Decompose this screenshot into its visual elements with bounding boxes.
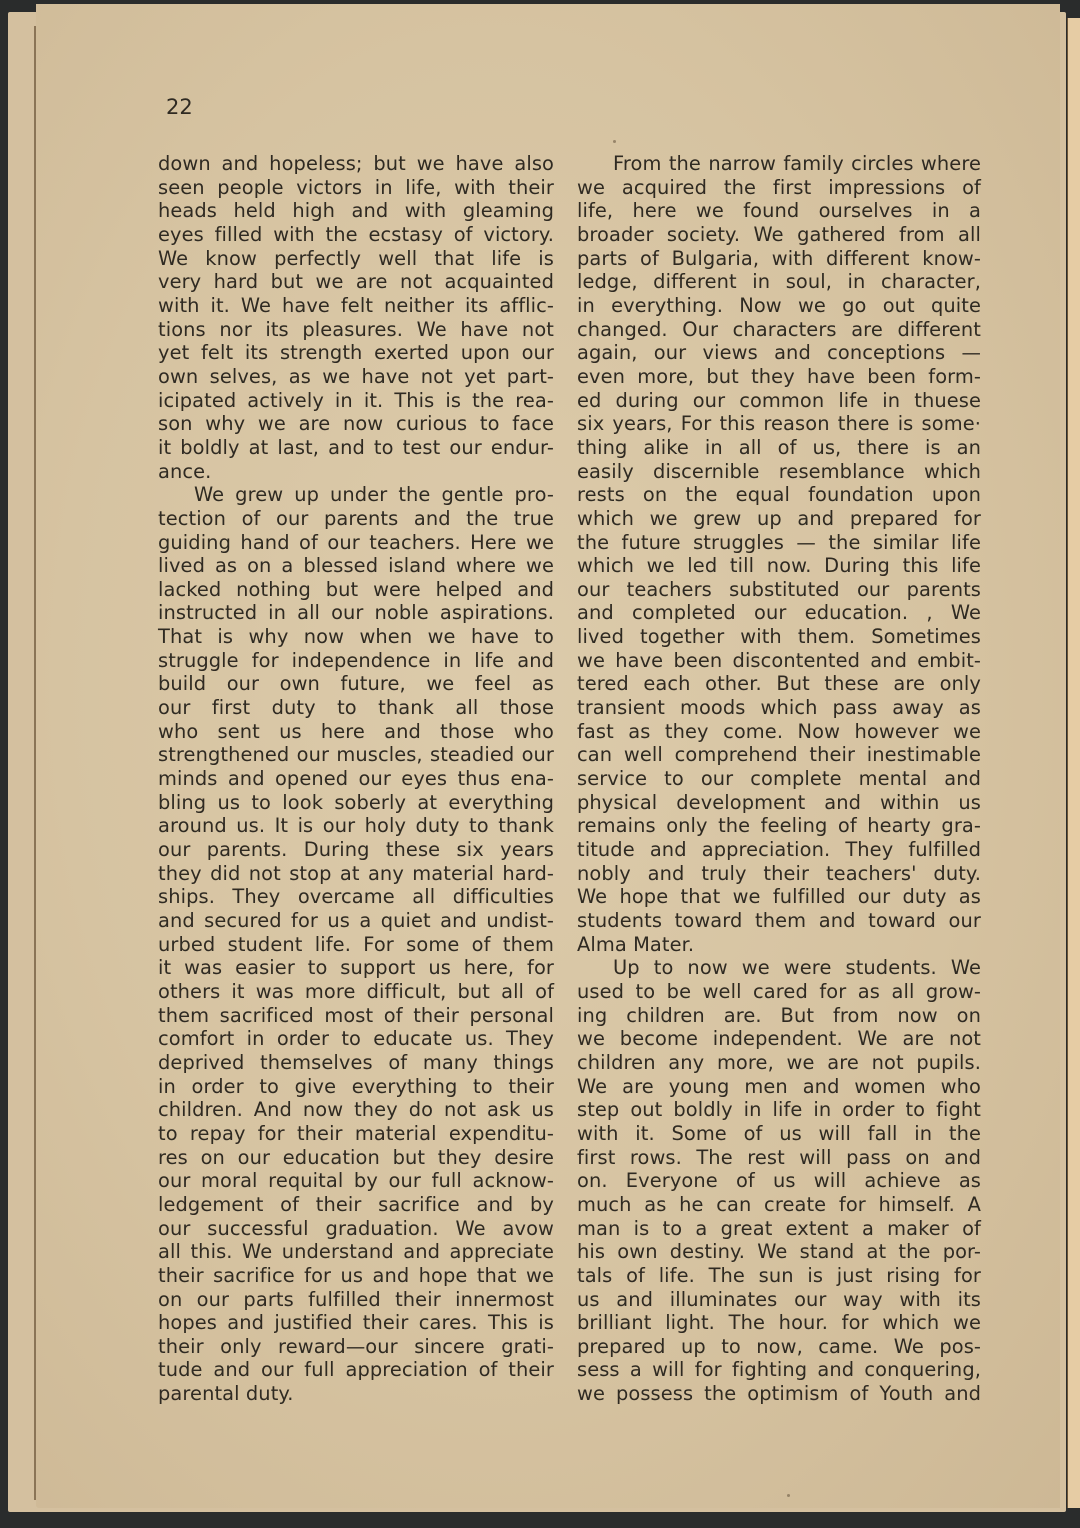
text-line: tered each other. But these are only	[577, 672, 981, 696]
text-line: tals of life. The sun is just rising for	[577, 1264, 981, 1288]
text-line: minds and opened our eyes thus ena-	[158, 767, 554, 791]
text-line: yet felt its strength exerted upon our	[158, 341, 554, 365]
text-line: service to our complete mental and	[577, 767, 981, 791]
text-line: easily discernible resemblance which	[577, 460, 981, 484]
text-line: in order to give everything to their	[158, 1075, 554, 1099]
text-line: hopes and justified their cares. This is	[158, 1311, 554, 1335]
text-line: it boldly at last, and to test our endur…	[158, 436, 554, 460]
text-line: urbed student life. For some of them	[158, 933, 554, 957]
text-line: brilliant light. The hour. for which we	[577, 1311, 981, 1335]
text-line: their only reward—our sincere grati-	[158, 1335, 554, 1359]
text-line: fast as they come. Now however we	[577, 720, 981, 744]
text-line: them sacrificed most of their personal	[158, 1004, 554, 1028]
text-line: ance.	[158, 460, 554, 484]
text-line: res on our education but they desire	[158, 1146, 554, 1170]
paper-speck	[613, 140, 616, 143]
text-line: used to be well cared for as all grow-	[577, 980, 981, 1004]
text-line: We hope that we fulfilled our duty as	[577, 885, 981, 909]
text-line: build our own future, we feel as	[158, 672, 554, 696]
text-line: From the narrow family circles where	[577, 152, 981, 176]
text-line: physical development and within us	[577, 791, 981, 815]
text-line: prepared up to now, came. We pos-	[577, 1335, 981, 1359]
text-line: son why we are now curious to face	[158, 412, 554, 436]
text-line: instructed in all our noble aspirations.	[158, 601, 554, 625]
text-line: we become independent. We are not	[577, 1027, 981, 1051]
text-line: remains only the feeling of hearty gra-	[577, 814, 981, 838]
text-line: students toward them and toward our	[577, 909, 981, 933]
text-line: our teachers substituted our parents	[577, 578, 981, 602]
text-line: nobly and truly their teachers' duty.	[577, 862, 981, 886]
text-line: transient moods which pass away as	[577, 696, 981, 720]
text-line: they did not stop at any material hard-	[158, 862, 554, 886]
text-line: struggle for independence in life and	[158, 649, 554, 673]
paper-speck	[787, 1494, 790, 1497]
text-line: rests on the equal foundation upon	[577, 483, 981, 507]
text-line: We know perfectly well that life is	[158, 247, 554, 271]
text-line: again, our views and conceptions —	[577, 341, 981, 365]
adjacent-page-edge	[1067, 18, 1080, 1508]
text-line: very hard but we are not acquainted	[158, 270, 554, 294]
text-line: own selves, as we have not yet part-	[158, 365, 554, 389]
text-line: with it. We have felt neither its afflic…	[158, 294, 554, 318]
text-line: ledge, different in soul, in character,	[577, 270, 981, 294]
text-line: his own destiny. We stand at the por-	[577, 1240, 981, 1264]
text-line: lived together with them. Sometimes	[577, 625, 981, 649]
text-line: life, here we found ourselves in a	[577, 199, 981, 223]
text-line: ledgement of their sacrifice and by	[158, 1193, 554, 1217]
text-line: strengthened our muscles, steadied our	[158, 743, 554, 767]
text-line: broader society. We gathered from all	[577, 223, 981, 247]
text-line: on our parts fulfilled their innermost	[158, 1288, 554, 1312]
text-line: which we led till now. During this life	[577, 554, 981, 578]
text-line: thing alike in all of us, there is an	[577, 436, 981, 460]
text-line: tions nor its pleasures. We have not	[158, 318, 554, 342]
text-line: six years, For this reason there is some…	[577, 412, 981, 436]
text-line: We are young men and women who	[577, 1075, 981, 1099]
text-line: ed during our common life in thuese	[577, 389, 981, 413]
text-line: we have been discontented and embit-	[577, 649, 981, 673]
text-line: deprived themselves of many things	[158, 1051, 554, 1075]
text-line: around us. It is our holy duty to thank	[158, 814, 554, 838]
text-line: eyes filled with the ecstasy of victory.	[158, 223, 554, 247]
text-line: the future struggles — the similar life	[577, 531, 981, 555]
right-text-column: From the narrow family circles wherewe a…	[577, 152, 981, 1406]
text-line: guiding hand of our teachers. Here we	[158, 531, 554, 555]
text-line: and completed our education. , We	[577, 601, 981, 625]
text-line: and secured for us a quiet and undist-	[158, 909, 554, 933]
text-line: our first duty to thank all those	[158, 696, 554, 720]
text-line: Up to now we were students. We	[577, 956, 981, 980]
text-line: step out boldly in life in order to figh…	[577, 1098, 981, 1122]
text-line: icipated actively in it. This is the rea…	[158, 389, 554, 413]
text-line: to repay for their material expenditu-	[158, 1122, 554, 1146]
text-line: children any more, we are not pupils.	[577, 1051, 981, 1075]
text-line: on. Everyone of us will achieve as	[577, 1169, 981, 1193]
text-line: tude and our full appreciation of their	[158, 1358, 554, 1382]
text-line: our successful graduation. We avow	[158, 1217, 554, 1241]
text-line: us and illuminates our way with its	[577, 1288, 981, 1312]
text-line: heads held high and with gleaming	[158, 199, 554, 223]
text-line: titude and appreciation. They fulfilled	[577, 838, 981, 862]
text-line: That is why now when we have to	[158, 625, 554, 649]
text-line: ships. They overcame all difficulties	[158, 885, 554, 909]
text-line: our parents. During these six years	[158, 838, 554, 862]
text-line: seen people victors in life, with their	[158, 176, 554, 200]
text-line: We grew up under the gentle pro-	[158, 483, 554, 507]
text-line: can well comprehend their inestimable	[577, 743, 981, 767]
text-line: man is to a great extent a maker of	[577, 1217, 981, 1241]
text-line: which we grew up and prepared for	[577, 507, 981, 531]
text-line: lacked nothing but were helped and	[158, 578, 554, 602]
text-line: bling us to look soberly at everything	[158, 791, 554, 815]
text-line: changed. Our characters are different	[577, 318, 981, 342]
text-line: with it. Some of us will fall in the	[577, 1122, 981, 1146]
text-line: in everything. Now we go out quite	[577, 294, 981, 318]
text-line: all this. We understand and appreciate	[158, 1240, 554, 1264]
text-line: children. And now they do not ask us	[158, 1098, 554, 1122]
text-line: ing children are. But from now on	[577, 1004, 981, 1028]
text-line: much as he can create for himself. A	[577, 1193, 981, 1217]
text-line: we possess the optimism of Youth and	[577, 1382, 981, 1406]
text-line: their sacrifice for us and hope that we	[158, 1264, 554, 1288]
text-line: down and hopeless; but we have also	[158, 152, 554, 176]
text-line: who sent us here and those who	[158, 720, 554, 744]
text-line: parts of Bulgaria, with different know-	[577, 247, 981, 271]
text-line: first rows. The rest will pass on and	[577, 1146, 981, 1170]
text-line: sess a will for fighting and conquering,	[577, 1358, 981, 1382]
text-line: even more, but they have been form-	[577, 365, 981, 389]
text-line: tection of our parents and the true	[158, 507, 554, 531]
text-line: we acquired the first impressions of	[577, 176, 981, 200]
text-line: our moral requital by our full acknow-	[158, 1169, 554, 1193]
text-line: others it was more difficult, but all of	[158, 980, 554, 1004]
text-line: comfort in order to educate us. They	[158, 1027, 554, 1051]
text-line: parental duty.	[158, 1382, 554, 1406]
text-line: it was easier to support us here, for	[158, 956, 554, 980]
text-line: Alma Mater.	[577, 933, 981, 957]
text-line: lived as on a blessed island where we	[158, 554, 554, 578]
left-text-column: down and hopeless; but we have alsoseen …	[158, 152, 554, 1406]
page-number: 22	[166, 95, 193, 119]
